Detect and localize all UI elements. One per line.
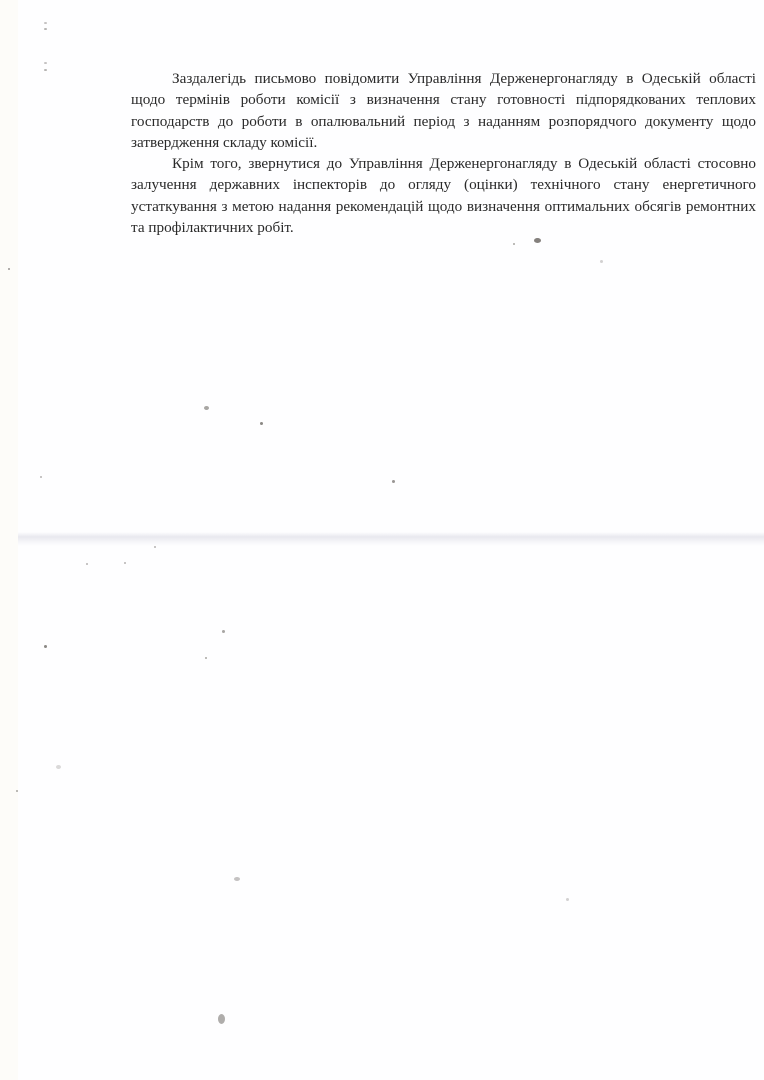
scan-speck [204,406,209,410]
paper-fold-line [18,532,764,546]
paragraph-inspectors-request: Крім того, звернутися до Управління Держ… [131,153,756,238]
scan-speck [16,790,18,792]
scan-speck [218,1014,225,1024]
scan-speck [40,476,42,478]
scan-left-margin [0,0,18,1080]
scan-speck [222,630,225,633]
scan-speck [44,62,47,64]
scan-speck [86,563,88,565]
scan-speck [234,877,240,881]
scan-speck [44,645,47,648]
paragraph-notify-commission: Заздалегідь письмово повідомити Управлін… [131,68,756,153]
scan-speck [534,238,541,243]
scan-speck [392,480,395,483]
scan-speck [56,765,61,769]
scan-speck [44,69,47,71]
document-body: Заздалегідь письмово повідомити Управлін… [131,68,756,238]
scan-speck [44,22,47,24]
scan-speck [260,422,263,425]
scan-speck [44,28,47,30]
scan-speck [513,243,515,245]
scan-speck [566,898,569,901]
scan-speck [124,562,126,564]
scan-speck [600,260,603,263]
scan-speck [205,657,207,659]
scan-speck [8,268,10,270]
scan-speck [154,546,156,548]
